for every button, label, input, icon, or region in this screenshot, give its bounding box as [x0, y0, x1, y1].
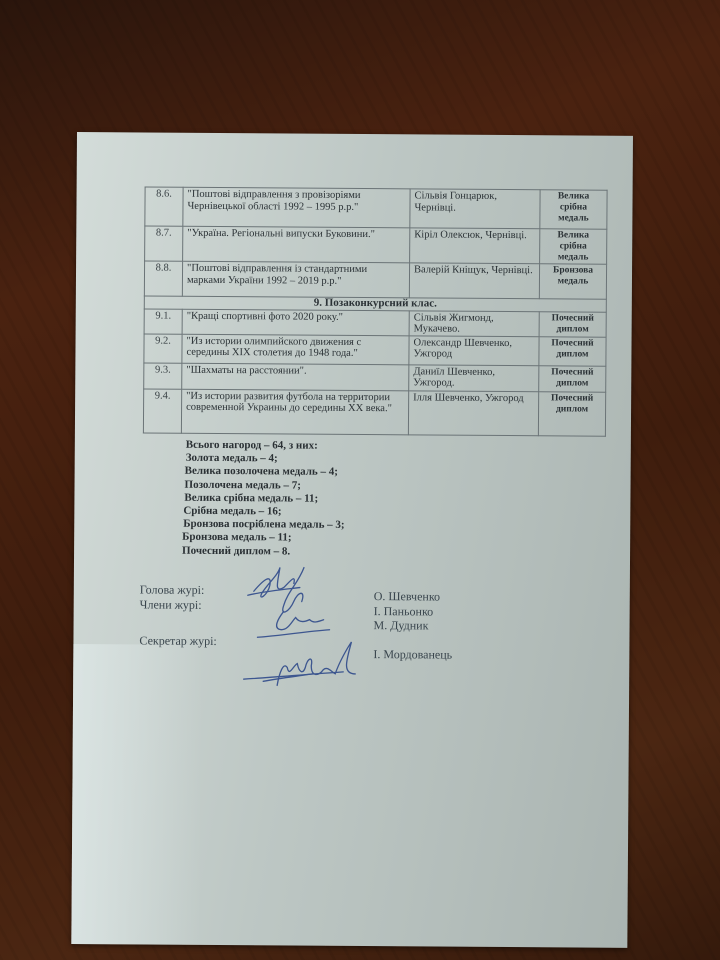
summary-line: Позолочена медаль – 7; [182, 478, 344, 492]
table-row: 9.3. "Шахматы на расстоянии". Даниїл Шев… [144, 362, 606, 391]
table-row: 8.8. "Поштові відправлення із стандартни… [144, 261, 606, 299]
table-row: 8.7. "Україна. Регіональні випуски Буков… [145, 226, 607, 264]
jury-names: О. Шевченко І. Паньонко М. Дудник І. Мор… [373, 589, 452, 662]
jury-member-name: М. Дудник [374, 618, 453, 633]
award: Почесний диплом [539, 365, 606, 391]
exhibit-title: "Україна. Регіональні випуски Буковини." [183, 226, 410, 263]
exhibit-title: "Кращі спортивні фото 2020 року." [182, 309, 409, 336]
exhibit-title: "Поштові відправлення із стандартними ма… [182, 261, 409, 298]
document-page: 8.6. "Поштові відправлення з провізоріям… [71, 132, 633, 948]
award: Велика срібна медаль [540, 229, 607, 264]
handwritten-signatures [243, 561, 364, 692]
awards-table: 8.6. "Поштові відправлення з провізоріям… [143, 186, 608, 436]
award: Бронзова медаль [539, 264, 606, 299]
jury-labels: Голова журі: Члени журі: Секретар журі: [139, 582, 217, 648]
summary-line: Срібна медаль – 16; [182, 505, 344, 519]
award: Почесний диплом [538, 391, 605, 435]
summary-line: Почесний диплом – 8. [182, 544, 344, 558]
jury-chair-name: О. Шевченко [374, 589, 453, 604]
summary-line: Бронзова посріблена медаль – 3; [182, 518, 344, 532]
row-number: 9.2. [144, 333, 182, 362]
exhibit-title: "Поштові відправлення з провізоріями Чер… [183, 187, 410, 228]
award: Почесний диплом [539, 336, 606, 365]
row-number: 9.3. [144, 362, 182, 388]
award: Почесний диплом [539, 311, 606, 336]
exhibit-title: "Шахматы на расстоянии". [182, 363, 409, 391]
row-number: 8.8. [144, 261, 182, 296]
table-row: 9.4. "Из истории развития футбола на тер… [143, 388, 605, 435]
jury-secretary-label: Секретар журі: [139, 633, 216, 648]
summary-total: Всього нагород – 64, з них: [183, 439, 345, 453]
row-number: 8.6. [145, 187, 183, 226]
award: Велика срібна медаль [540, 190, 607, 229]
row-number: 9.4. [143, 388, 181, 432]
exhibitor: Валерій Кніщук, Чернівці. [409, 263, 539, 299]
summary-line: Бронзова медаль – 11; [182, 531, 344, 545]
jury-secretary-name: І. Мордованець [373, 647, 452, 662]
table-row: 8.6. "Поштові відправлення з провізоріям… [145, 187, 607, 229]
exhibitor: Сільвія Гонцарюк, Чернівці. [410, 189, 540, 229]
jury-members-label: Члени журі: [140, 597, 217, 612]
exhibitor: Сільвія Жигмонд, Мукачево. [409, 310, 539, 336]
summary-line: Велика срібна медаль – 11; [182, 492, 344, 506]
exhibitor: Олександр Шевченко, Ужгород [409, 335, 539, 365]
exhibitor: Даниїл Шевченко, Ужгород. [409, 364, 539, 391]
exhibit-title: "Из истории развития футбола на территор… [181, 389, 408, 435]
summary-line: Золота медаль – 4; [183, 452, 345, 466]
exhibit-title: "Из истории олимпийского движения с сере… [182, 334, 409, 365]
jury-member-name: І. Паньонко [374, 604, 453, 619]
row-number: 9.1. [144, 308, 182, 333]
exhibitor: Ілля Шевченко, Ужгород [408, 390, 538, 435]
exhibitor: Кіріл Олексюк, Чернівці. [410, 228, 540, 264]
table-row: 9.2. "Из истории олимпийского движения с… [144, 333, 606, 365]
summary-line: Велика позолочена медаль – 4; [183, 465, 345, 479]
jury-chair-label: Голова журі: [140, 582, 217, 597]
table-row: 9.1. "Кращі спортивні фото 2020 року." С… [144, 308, 606, 336]
row-number: 8.7. [145, 226, 183, 261]
awards-summary: Всього нагород – 64, з них: Золота медал… [182, 439, 345, 559]
